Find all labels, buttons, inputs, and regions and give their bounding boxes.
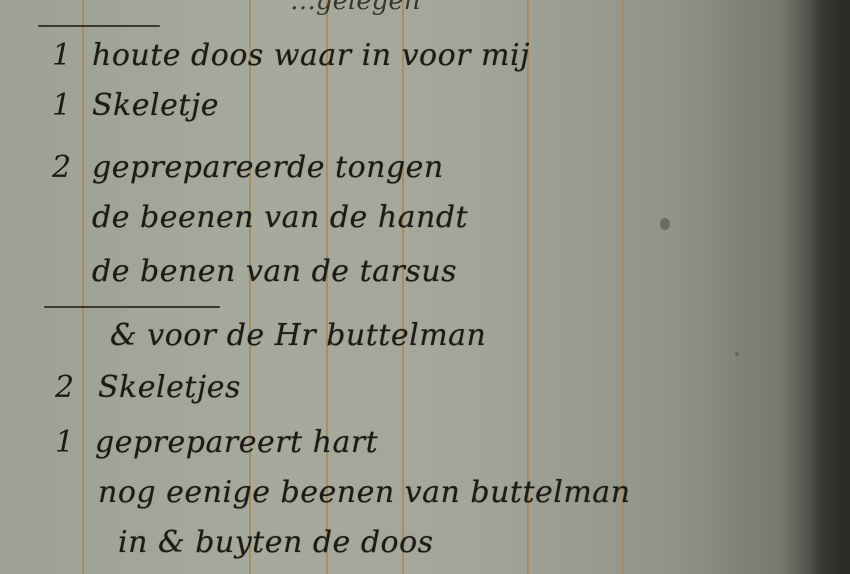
ruled-line: [82, 0, 84, 574]
entry-text: Skeletjes: [98, 370, 241, 405]
entry-quantity: 1: [55, 425, 74, 460]
manuscript-page: …gelegen 1 houte doos waar in voor mij 1…: [0, 0, 850, 574]
entry-quantity: 2: [52, 150, 71, 185]
separator-line: [38, 25, 160, 27]
entry-text: geprepareerde tongen: [92, 150, 444, 185]
entry-quantity: 2: [55, 370, 74, 405]
separator-line: [44, 306, 220, 308]
ink-spot: [735, 352, 739, 356]
entry-text: de beenen van de handt: [92, 200, 468, 235]
entry-text: in & buyten de doos: [118, 525, 434, 560]
entry-text: & voor de Hr buttelman: [110, 318, 486, 353]
partial-top-text: …gelegen: [290, 0, 421, 16]
entry-quantity: 1: [52, 88, 71, 123]
entry-text: nog eenige beenen van buttelman: [98, 475, 631, 510]
entry-text: Skeletje: [92, 88, 219, 123]
ink-spot: [660, 218, 670, 230]
entry-quantity: 1: [52, 38, 71, 73]
entry-text: geprepareert hart: [95, 425, 378, 460]
book-spine-shadow: [810, 0, 850, 574]
entry-text: de benen van de tarsus: [92, 254, 457, 289]
entry-text: houte doos waar in voor mij: [92, 38, 530, 73]
